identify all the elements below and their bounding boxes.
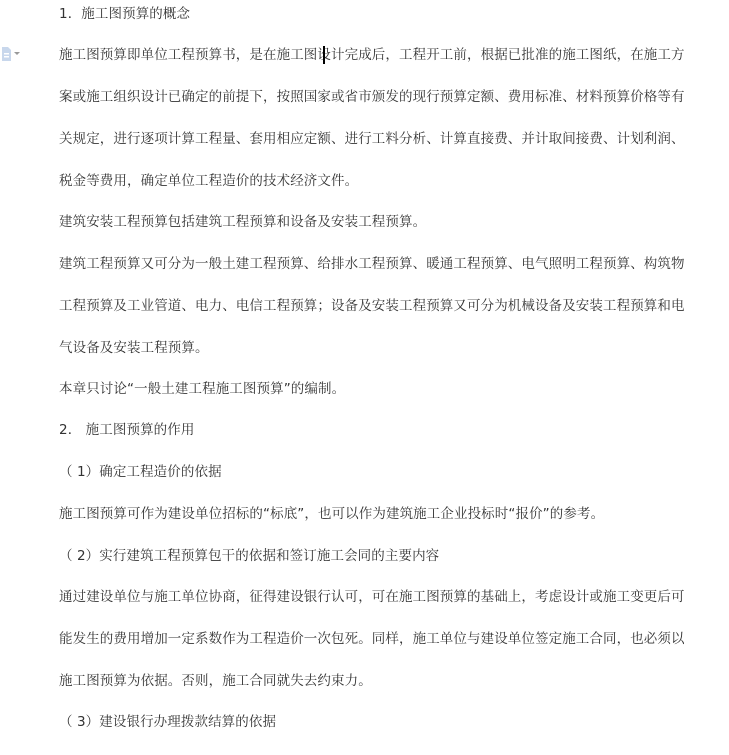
heading-2: 2． 施工图预算的作用 <box>59 420 194 440</box>
paragraph-line: 能发生的费用增加一定系数作为工程造价一次包死。同样，施工单位与建设单位签定施工合… <box>59 629 685 649</box>
paragraph-line: 通过建设单位与施工单位协商，征得建设银行认可，可在施工图预算的基础上，考虑设计或… <box>59 587 685 607</box>
paragraph-line: 建筑安装工程预算包括建筑工程预算和设备及安装工程预算。 <box>59 212 426 232</box>
paragraph-line: 本章只讨论“一般土建工程施工图预算”的编制。 <box>59 379 345 399</box>
paragraph-line: 案或施工组织设计已确定的前提下，按照国家或省市颁发的现行预算定额、费用标准、材料… <box>59 87 685 107</box>
subheading-3: （ 3）建设银行办理拨款结算的依据 <box>59 712 276 732</box>
paragraph-line: 施工图预算可作为建设单位招标的“标底”，也可以作为建筑施工企业投标时“报价”的参… <box>59 504 604 524</box>
paragraph-line: 税金等费用，确定单位工程造价的技术经济文件。 <box>59 171 358 191</box>
subheading-1: （ 1）确定工程造价的依据 <box>59 462 222 482</box>
subheading-2: （ 2）实行建筑工程预算包干的依据和签订施工会同的主要内容 <box>59 546 439 566</box>
paragraph-line: 工程预算及工业管道、电力、电信工程预算；设备及安装工程预算又可分为机械设备及安装… <box>59 296 685 316</box>
paste-options-icon[interactable] <box>0 46 24 62</box>
paragraph-line: 气设备及安装工程预算。 <box>59 338 209 358</box>
paragraph-line: 关规定，进行逐项计算工程量、套用相应定额、进行工料分析、计算直接费、并计取间接费… <box>59 129 685 149</box>
paragraph-line: 施工图预算即单位工程预算书，是在施工图设计完成后，工程开工前，根据已批准的施工图… <box>59 45 685 65</box>
paragraph-line: 建筑工程预算又可分为一般土建工程预算、给排水工程预算、暖通工程预算、电气照明工程… <box>59 254 685 274</box>
heading-1: 1．施工图预算的概念 <box>59 4 190 24</box>
text-cursor <box>323 46 325 64</box>
paragraph-line: 施工图预算为依据。否则，施工合同就失去约束力。 <box>59 671 372 691</box>
